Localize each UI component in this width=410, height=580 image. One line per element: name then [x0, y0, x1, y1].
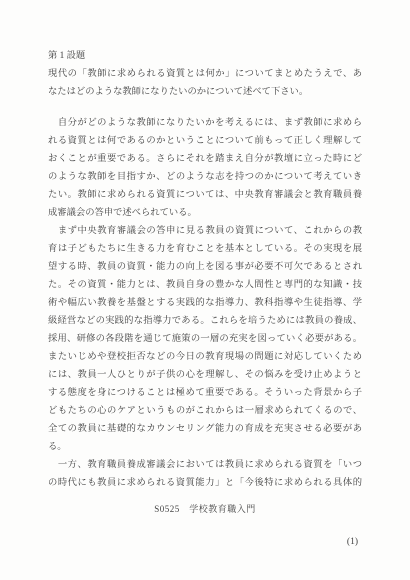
- text-line: する態度を身につけることは極めて重要である。そういった背景から子: [48, 384, 362, 402]
- text-line: る。: [48, 438, 362, 456]
- text-line: まず中央教育審議会の答申に見る教員の資質について、これからの教: [48, 222, 362, 240]
- text-line: どもたちの心のケアというものがこれからは一層求められてくるので、: [48, 402, 362, 420]
- text-line: には、教員一人ひとりが子供の心を理解し、その悩みを受け止めようと: [48, 366, 362, 384]
- document-page: 第 1 設題 現代の「教師に求められる資質とは何か」についてまとめたうえで、あ …: [0, 0, 410, 580]
- text-line: 望する時、教員の資質・能力の向上を図る事が必要不可欠であるとされ: [48, 258, 362, 276]
- text-line: れる資質とは何であるのかということについて前もって正しく理解して: [48, 132, 362, 150]
- text-line: またいじめや登校拒否などの今日の教育現場の問題に対応していくため: [48, 348, 362, 366]
- text-block: 第 1 設題 現代の「教師に求められる資質とは何か」についてまとめたうえで、あ …: [48, 47, 362, 492]
- text-line: 級経営などの実践的な指導力である。これらを培うためには教員の養成、: [48, 312, 362, 330]
- text-line: たい。教師に求められる資質については、中央教育審議会と教育職員養: [48, 186, 362, 204]
- text-line: なたはどのような教師になりたいのかについて述べて下さい。: [48, 83, 362, 101]
- text-line: 一方、教育職員養成審議会においては教員に求められる資質を「いつ: [48, 456, 362, 474]
- text-line: 育は子どもたちに生きる力を育むことを基本としている。その実現を展: [48, 240, 362, 258]
- text-line: 自分がどのような教師になりたいかを考えるには、まず教師に求めら: [48, 114, 362, 132]
- text-line: た。その資質・能力とは、教員自身の豊かな人間性と専門的な知識・技: [48, 276, 362, 294]
- text-line: 現代の「教師に求められる資質とは何か」についてまとめたうえで、あ: [48, 65, 362, 83]
- text-line: 全ての教員に基礎的なカウンセリング能力の育成を充実させる必要があ: [48, 420, 362, 438]
- text-line: の時代にも教員に求められる資質能力」と「今後特に求められる具体的: [48, 474, 362, 492]
- page-number: (1): [347, 537, 358, 547]
- text-line: 採用、研修の各段階を通じて施策の一層の充実を図っていく必要がある。: [48, 330, 362, 348]
- section-heading: 第 1 設題: [48, 47, 362, 65]
- essay-body: 自分がどのような教師になりたいかを考えるには、まず教師に求めら れる資質とは何で…: [48, 114, 362, 492]
- text-line: 成審議会の答申で述べられている。: [48, 204, 362, 222]
- assignment-statement: 現代の「教師に求められる資質とは何か」についてまとめたうえで、あ なたはどのよう…: [48, 65, 362, 101]
- text-line: おくことが重要である。さらにそれを踏まえ自分が教壇に立った時にど: [48, 150, 362, 168]
- text-line: のような教師を目指すか、どのような志を持つのかについて考えていき: [48, 168, 362, 186]
- text-line: 術や幅広い教養を基盤とする実践的な指導力、教科指導や生徒指導、学: [48, 294, 362, 312]
- course-footer: S0525 学校教育職入門: [0, 502, 410, 515]
